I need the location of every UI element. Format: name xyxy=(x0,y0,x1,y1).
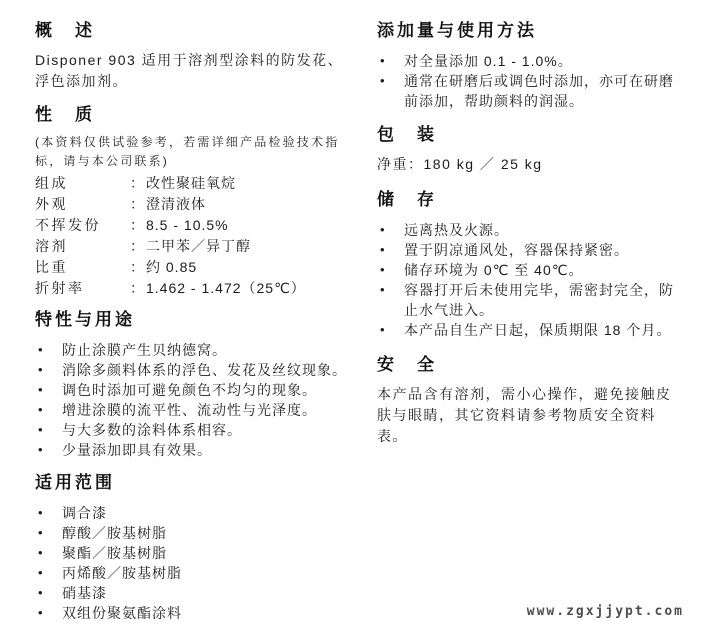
list-item: 置于阴凉通风处，容器保持紧密。 xyxy=(377,240,685,260)
safety-title: 安 全 xyxy=(377,354,685,376)
section-overview: 概 述 Disponer 903 适用于溶剂型涂料的防发花、浮色添加剂。 xyxy=(35,20,349,92)
dosage-title: 添加量与使用方法 xyxy=(377,20,685,42)
property-colon: ： xyxy=(130,257,146,278)
packaging-body: 净重：180 kg ／ 25 kg xyxy=(377,154,685,175)
list-item: 少量添加即具有效果。 xyxy=(35,440,349,460)
property-row: 不挥发份：8.5 - 10.5% xyxy=(35,215,349,236)
features-list: 防止涂膜产生贝纳德窝。消除多颜料体系的浮色、发花及丝纹现象。调色时添加可避免颜色… xyxy=(35,340,349,460)
section-safety: 安 全 本产品含有溶剂，需小心操作，避免接触皮肤与眼睛，其它资料请参考物质安全资… xyxy=(377,354,685,447)
right-column: 添加量与使用方法 对全量添加 0.1 - 1.0%。通常在研磨后或调色时添加，亦… xyxy=(377,20,685,447)
list-item: 本产品自生产日起，保质期限 18 个月。 xyxy=(377,320,685,340)
overview-body: Disponer 903 适用于溶剂型涂料的防发花、浮色添加剂。 xyxy=(35,50,349,92)
list-item: 防止涂膜产生贝纳德窝。 xyxy=(35,340,349,360)
section-dosage: 添加量与使用方法 对全量添加 0.1 - 1.0%。通常在研磨后或调色时添加，亦… xyxy=(377,20,685,111)
property-label: 不挥发份 xyxy=(35,215,130,236)
property-label: 外观 xyxy=(35,194,130,215)
properties-table: 组成：改性聚硅氧烷外观：澄清液体不挥发份：8.5 - 10.5%溶剂：二甲苯／异… xyxy=(35,173,349,299)
left-column: 概 述 Disponer 903 适用于溶剂型涂料的防发花、浮色添加剂。 性 质… xyxy=(35,20,349,623)
features-title: 特性与用途 xyxy=(35,309,349,331)
safety-body: 本产品含有溶剂，需小心操作，避免接触皮肤与眼睛，其它资料请参考物质安全资料表。 xyxy=(377,384,685,447)
property-label: 折射率 xyxy=(35,278,130,299)
list-item: 对全量添加 0.1 - 1.0%。 xyxy=(377,51,685,71)
property-value: 约 0.85 xyxy=(146,257,349,278)
list-item: 调合漆 xyxy=(35,503,349,523)
dosage-list: 对全量添加 0.1 - 1.0%。通常在研磨后或调色时添加，亦可在研磨前添加，帮… xyxy=(377,51,685,111)
scope-title: 适用范围 xyxy=(35,472,349,494)
property-value: 8.5 - 10.5% xyxy=(146,215,349,236)
list-item: 丙烯酸／胺基树脂 xyxy=(35,563,349,583)
property-label: 溶剂 xyxy=(35,236,130,257)
section-packaging: 包 装 净重：180 kg ／ 25 kg xyxy=(377,124,685,175)
packaging-title: 包 装 xyxy=(377,124,685,146)
property-colon: ： xyxy=(130,173,146,194)
property-row: 比重：约 0.85 xyxy=(35,257,349,278)
property-label: 比重 xyxy=(35,257,130,278)
property-colon: ： xyxy=(130,278,146,299)
properties-note: (本资料仅供试验参考，若需详细产品检验技术指标，请与本公司联系) xyxy=(35,133,349,171)
property-row: 组成：改性聚硅氧烷 xyxy=(35,173,349,194)
property-label: 组成 xyxy=(35,173,130,194)
section-features: 特性与用途 防止涂膜产生贝纳德窝。消除多颜料体系的浮色、发花及丝纹现象。调色时添… xyxy=(35,309,349,460)
list-item: 储存环境为 0℃ 至 40℃。 xyxy=(377,260,685,280)
section-scope: 适用范围 调合漆醇酸／胺基树脂聚酯／胺基树脂丙烯酸／胺基树脂硝基漆双组份聚氨酯涂… xyxy=(35,472,349,623)
list-item: 双组份聚氨酯涂料 xyxy=(35,603,349,623)
properties-title: 性 质 xyxy=(35,104,349,126)
section-storage: 储 存 远离热及火源。置于阴凉通风处，容器保持紧密。储存环境为 0℃ 至 40℃… xyxy=(377,189,685,340)
list-item: 增进涂膜的流平性、流动性与光泽度。 xyxy=(35,400,349,420)
list-item: 聚酯／胺基树脂 xyxy=(35,543,349,563)
property-value: 二甲苯／异丁醇 xyxy=(146,236,349,257)
property-value: 改性聚硅氧烷 xyxy=(146,173,349,194)
property-value: 1.462 - 1.472（25℃） xyxy=(146,278,349,299)
property-row: 折射率：1.462 - 1.472（25℃） xyxy=(35,278,349,299)
property-value: 澄清液体 xyxy=(146,194,349,215)
property-colon: ： xyxy=(130,194,146,215)
property-row: 溶剂：二甲苯／异丁醇 xyxy=(35,236,349,257)
watermark-url: www.zgxjjypt.com xyxy=(527,604,684,619)
overview-title: 概 述 xyxy=(35,20,349,42)
list-item: 硝基漆 xyxy=(35,583,349,603)
list-item: 远离热及火源。 xyxy=(377,220,685,240)
list-item: 调色时添加可避免颜色不均匀的现象。 xyxy=(35,380,349,400)
list-item: 容器打开后未使用完毕，需密封完全，防止水气进入。 xyxy=(377,280,685,320)
storage-list: 远离热及火源。置于阴凉通风处，容器保持紧密。储存环境为 0℃ 至 40℃。容器打… xyxy=(377,220,685,340)
list-item: 与大多数的涂料体系相容。 xyxy=(35,420,349,440)
property-row: 外观：澄清液体 xyxy=(35,194,349,215)
section-properties: 性 质 (本资料仅供试验参考，若需详细产品检验技术指标，请与本公司联系) 组成：… xyxy=(35,104,349,299)
list-item: 醇酸／胺基树脂 xyxy=(35,523,349,543)
property-colon: ： xyxy=(130,236,146,257)
storage-title: 储 存 xyxy=(377,189,685,211)
list-item: 通常在研磨后或调色时添加，亦可在研磨前添加，帮助颜料的润湿。 xyxy=(377,71,685,111)
datasheet-page: 概 述 Disponer 903 适用于溶剂型涂料的防发花、浮色添加剂。 性 质… xyxy=(0,0,710,634)
list-item: 消除多颜料体系的浮色、发花及丝纹现象。 xyxy=(35,360,349,380)
scope-list: 调合漆醇酸／胺基树脂聚酯／胺基树脂丙烯酸／胺基树脂硝基漆双组份聚氨酯涂料 xyxy=(35,503,349,623)
property-colon: ： xyxy=(130,215,146,236)
